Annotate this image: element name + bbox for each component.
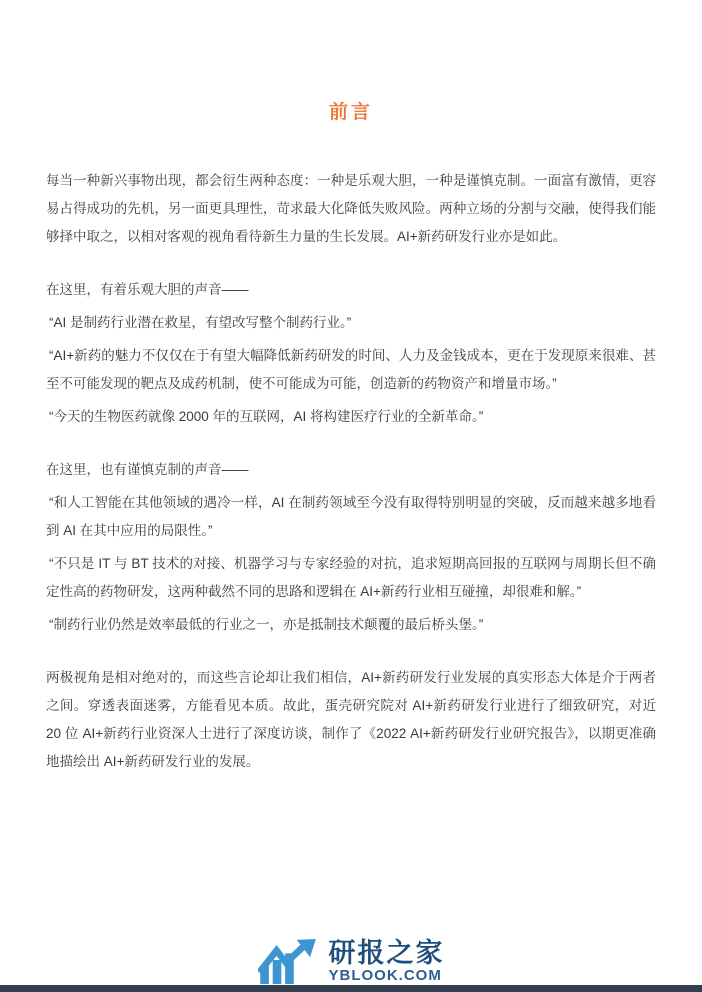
brand-domain: YBLOOK.COM [329,967,445,984]
bottom-bar [0,985,702,992]
paragraph-8: “不只是 IT 与 BT 技术的对接、机器学习与专家经验的对抗，追求短期高回报的… [46,550,656,606]
footer-logo: 研报之家 YBLOOK.COM [0,938,702,984]
document-page: 前言 每当一种新兴事物出现，都会衍生两种态度：一种是乐观大胆，一种是谨慎克制。一… [0,0,702,992]
paragraph-10: 两极视角是相对绝对的，而这些言论却让我们相信，AI+新药研发行业发展的真实形态大… [46,664,656,776]
paragraph-6: 在这里，也有谨慎克制的声音—— [46,456,656,484]
paragraph-2: 在这里，有着乐观大胆的声音—— [46,276,656,304]
paragraph-1: 每当一种新兴事物出现，都会衍生两种态度：一种是乐观大胆，一种是谨慎克制。一面富有… [46,167,656,251]
paragraph-7: “和人工智能在其他领域的遇冷一样，AI 在制药领域至今没有取得特别明显的突破，反… [46,489,656,545]
paragraph-9: “制药行业仍然是效率最低的行业之一，亦是抵制技术颠覆的最后桥头堡。” [46,611,656,639]
page-title: 前言 [0,101,702,125]
body-text: 每当一种新兴事物出现，都会衍生两种态度：一种是乐观大胆，一种是谨慎克制。一面富有… [46,167,656,776]
brand-name: 研报之家 [329,939,445,967]
brand-text-block: 研报之家 YBLOOK.COM [329,939,445,984]
paragraph-3: “AI 是制药行业潜在救星，有望改写整个制药行业。” [46,309,656,337]
paragraph-4: “AI+新药的魅力不仅仅在于有望大幅降低新药研发的时间、人力及金钱成本，更在于发… [46,342,656,398]
bar-chart-arrow-icon [258,938,320,984]
paragraph-5: “今天的生物医药就像 2000 年的互联网，AI 将构建医疗行业的全新革命。” [46,403,656,431]
